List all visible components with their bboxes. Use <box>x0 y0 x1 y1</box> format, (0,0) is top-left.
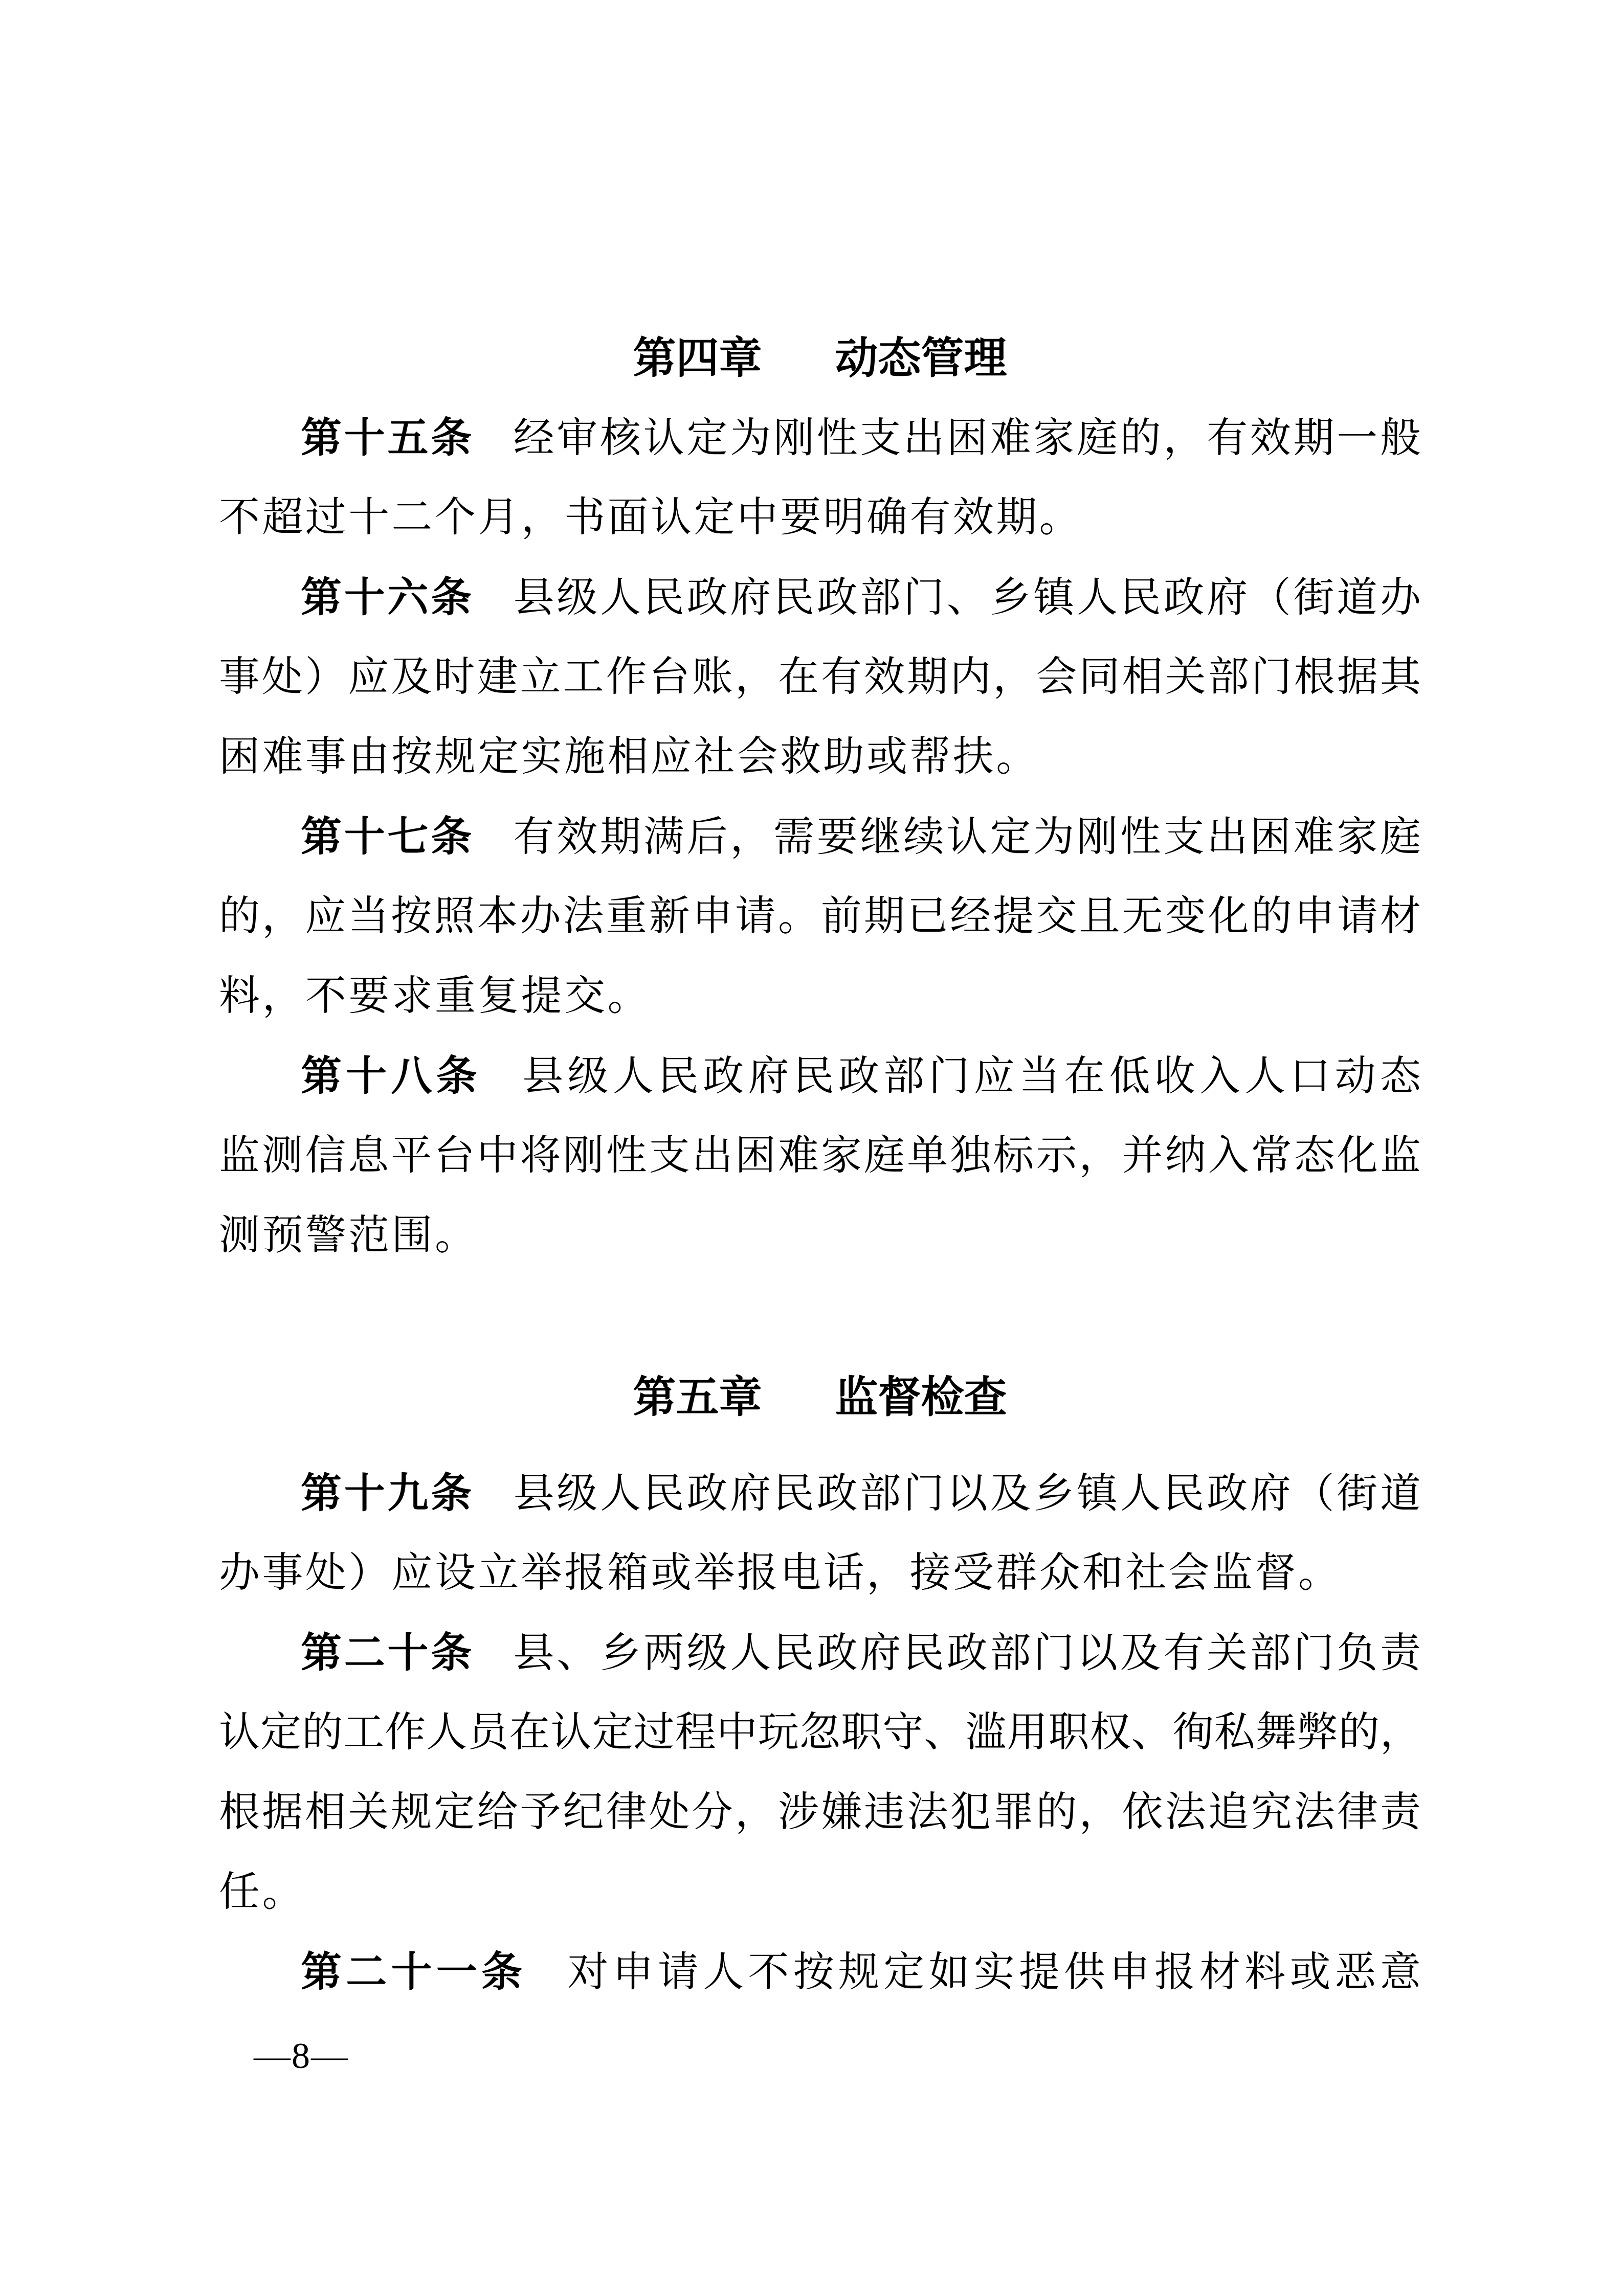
article-number-label: 第十八条 <box>301 1053 481 1098</box>
chapter-heading: 第五章监督检查 <box>219 1357 1421 1437</box>
chapter-title: 动态管理 <box>835 334 1007 382</box>
article-paragraph: 第十八条县级人民政府民政部门应当在低收入人口动态监测信息平台中将刚性支出困难家庭… <box>219 1036 1421 1275</box>
text-line: 第十六条县级人民政府民政部门、乡镇人民政府（街道办 <box>219 557 1421 637</box>
article-paragraph: 第二十条县、乡两级人民政府民政部门以及有关部门负责认定的工作人员在认定过程中玩忽… <box>219 1613 1421 1932</box>
text-line: 第十八条县级人民政府民政部门应当在低收入人口动态 <box>219 1036 1421 1116</box>
chapter-title: 监督检查 <box>835 1373 1007 1421</box>
text-line: 认定的工作人员在认定过程中玩忽职守、滥用职权、徇私舞弊的， <box>219 1693 1421 1772</box>
text-line: 第二十条县、乡两级人民政府民政部门以及有关部门负责 <box>219 1613 1421 1693</box>
chapter-number: 第四章 <box>633 334 762 382</box>
article-number-label: 第十九条 <box>301 1470 474 1516</box>
chapter-number: 第五章 <box>633 1373 762 1421</box>
article-number-label: 第十七条 <box>301 814 474 859</box>
text-line: 困难事由按规定实施相应社会救助或帮扶。 <box>219 717 1421 797</box>
chapter-section: 第五章监督检查第十九条县级人民政府民政部门以及乡镇人民政府（街道办事处）应设立举… <box>219 1357 1421 2012</box>
text-line: 根据相关规定给予纪律处分，涉嫌违法犯罪的，依法追究法律责 <box>219 1772 1421 1852</box>
text-line: 任。 <box>219 1852 1421 1932</box>
article-paragraph: 第十七条有效期满后，需要继续认定为刚性支出困难家庭的，应当按照本办法重新申请。前… <box>219 797 1421 1036</box>
text-line: 第二十一条对申请人不按规定如实提供申报材料或恶意 <box>219 1932 1421 2012</box>
document-page: 第四章动态管理第十五条经审核认定为刚性支出困难家庭的，有效期一般不超过十二个月，… <box>0 0 1624 2296</box>
article-number-label: 第二十一条 <box>301 1949 526 1994</box>
article-paragraph: 第十五条经审核认定为刚性支出困难家庭的，有效期一般不超过十二个月，书面认定中要明… <box>219 398 1421 557</box>
document-content: 第四章动态管理第十五条经审核认定为刚性支出困难家庭的，有效期一般不超过十二个月，… <box>219 318 1421 2012</box>
page-number: —8— <box>254 2031 349 2080</box>
text-line: 料，不要求重复提交。 <box>219 956 1421 1036</box>
article-number-label: 第十五条 <box>301 415 474 460</box>
text-line: 事处）应及时建立工作台账，在有效期内，会同相关部门根据其 <box>219 637 1421 717</box>
text-line: 第十九条县级人民政府民政部门以及乡镇人民政府（街道 <box>219 1453 1421 1533</box>
article-number-label: 第二十条 <box>301 1630 474 1675</box>
article-number-label: 第十六条 <box>301 574 474 620</box>
text-line: 测预警范围。 <box>219 1196 1421 1275</box>
chapter-section: 第四章动态管理第十五条经审核认定为刚性支出困难家庭的，有效期一般不超过十二个月，… <box>219 318 1421 1275</box>
text-line: 办事处）应设立举报箱或举报电话，接受群众和社会监督。 <box>219 1533 1421 1613</box>
text-line: 的，应当按照本办法重新申请。前期已经提交且无变化的申请材 <box>219 876 1421 956</box>
text-line: 监测信息平台中将刚性支出困难家庭单独标示，并纳入常态化监 <box>219 1116 1421 1196</box>
article-paragraph: 第十九条县级人民政府民政部门以及乡镇人民政府（街道办事处）应设立举报箱或举报电话… <box>219 1453 1421 1613</box>
text-line: 第十五条经审核认定为刚性支出困难家庭的，有效期一般 <box>219 398 1421 478</box>
article-paragraph: 第十六条县级人民政府民政部门、乡镇人民政府（街道办事处）应及时建立工作台账，在有… <box>219 557 1421 797</box>
chapter-heading: 第四章动态管理 <box>219 318 1421 398</box>
article-paragraph: 第二十一条对申请人不按规定如实提供申报材料或恶意 <box>219 1932 1421 2012</box>
text-line: 第十七条有效期满后，需要继续认定为刚性支出困难家庭 <box>219 797 1421 876</box>
text-line: 不超过十二个月，书面认定中要明确有效期。 <box>219 478 1421 557</box>
